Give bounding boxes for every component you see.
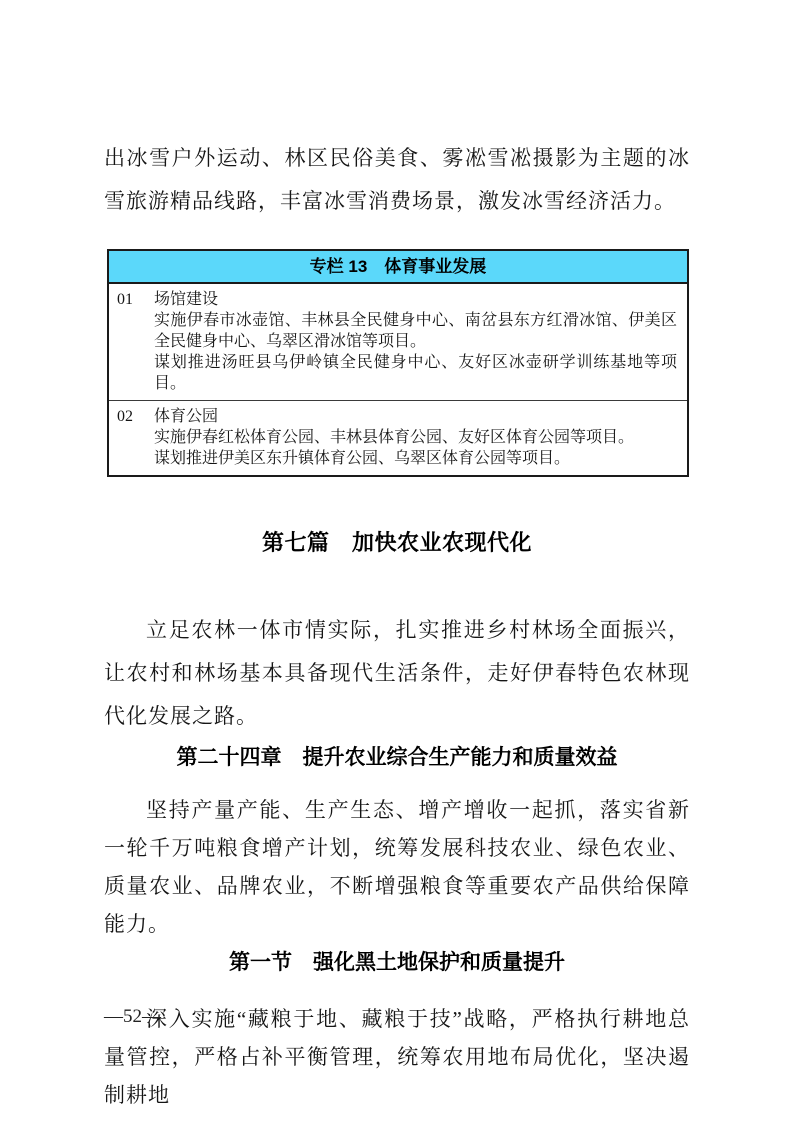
intro-paragraph: 出冰雪户外运动、林区民俗美食、雾凇雪凇摄影为主题的冰雪旅游精品线路，丰富冰雪消费… [104,137,690,223]
row-body: 体育公园 实施伊春红松体育公园、丰林县体育公园、友好区体育公园等项目。 谋划推进… [154,406,677,469]
row-body: 场馆建设 实施伊春市冰壶馆、丰林县全民健身中心、南岔县东方红滑冰馆、伊美区全民健… [154,289,677,394]
chapter-paragraph: 坚持产量产能、生产生态、增产增收一起抓，落实省新一轮千万吨粮食增产计划，统筹发展… [104,791,690,943]
panel-title: 专栏 13 体育事业发展 [109,251,687,284]
row-number: 02 [117,406,154,469]
table-row: 02 体育公园 实施伊春红松体育公园、丰林县体育公园、友好区体育公园等项目。 谋… [109,400,687,475]
section-paragraph: 深入实施“藏粮于地、藏粮于技”战略，严格执行耕地总量管控，严格占补平衡管理，统筹… [104,1000,690,1114]
row-title: 体育公园 [154,406,677,427]
page-number: —52— [104,1006,161,1028]
document-page: 出冰雪户外运动、林区民俗美食、雾凇雪凇摄影为主题的冰雪旅游精品线路，丰富冰雪消费… [0,0,793,1122]
part-title: 第七篇 加快农业农现代化 [104,527,690,559]
chapter-title: 第二十四章 提升农业综合生产能力和质量效益 [104,740,690,774]
row-line: 实施伊春市冰壶馆、丰林县全民健身中心、南岔县东方红滑冰馆、伊美区全民健身中心、乌… [154,310,677,352]
row-title: 场馆建设 [154,289,677,310]
row-line: 谋划推进汤旺县乌伊岭镇全民健身中心、友好区冰壶研学训练基地等项目。 [154,352,677,394]
row-line: 实施伊春红松体育公园、丰林县体育公园、友好区体育公园等项目。 [154,427,677,448]
row-line: 谋划推进伊美区东升镇体育公园、乌翠区体育公园等项目。 [154,448,677,469]
table-row: 01 场馆建设 实施伊春市冰壶馆、丰林县全民健身中心、南岔县东方红滑冰馆、伊美区… [109,284,687,400]
part-intro-paragraph: 立足农林一体市情实际，扎实推进乡村林场全面振兴，让农村和林场基本具备现代生活条件… [104,609,690,738]
page-content: 出冰雪户外运动、林区民俗美食、雾凇雪凇摄影为主题的冰雪旅游精品线路，丰富冰雪消费… [104,0,690,1114]
row-number: 01 [117,289,154,394]
panel-sports-development: 专栏 13 体育事业发展 01 场馆建设 实施伊春市冰壶馆、丰林县全民健身中心、… [107,249,689,477]
section-title: 第一节 强化黑土地保护和质量提升 [104,945,690,979]
